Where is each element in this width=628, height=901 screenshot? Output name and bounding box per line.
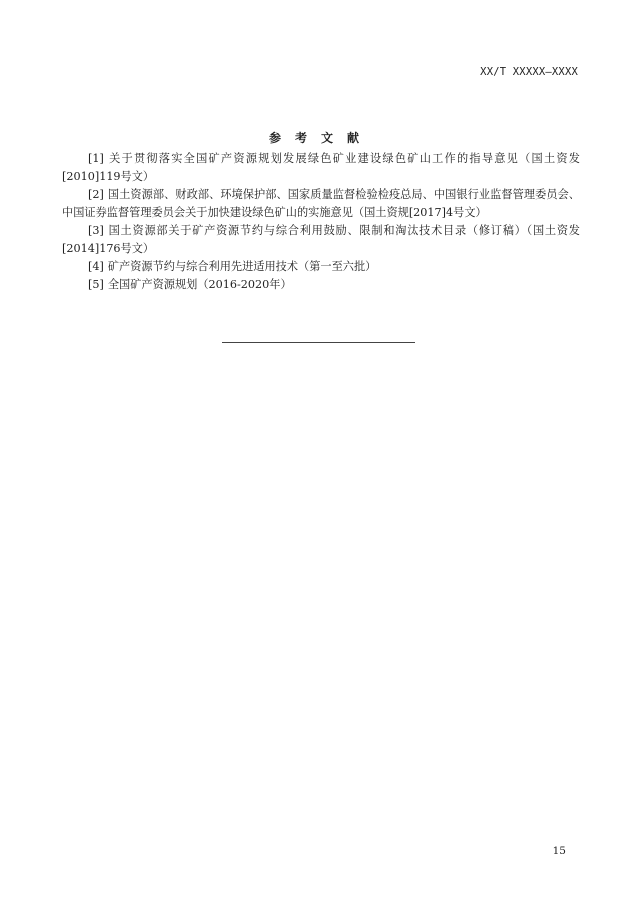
reference-text: 国土资源部关于矿产资源节约与综合利用鼓励、限制和淘汰技术目录（修订稿）（国土资发…: [62, 224, 580, 255]
reference-item-5: [5]全国矿产资源规划（2016-2020年）: [62, 276, 580, 294]
reference-item-1: [1]关于贯彻落实全国矿产资源规划发展绿色矿业建设绿色矿山工作的指导意见（国土资…: [62, 150, 580, 186]
reference-text: 全国矿产资源规划（2016-2020年）: [108, 278, 292, 291]
reference-number: [4]: [88, 260, 104, 273]
reference-text: 关于贯彻落实全国矿产资源规划发展绿色矿业建设绿色矿山工作的指导意见（国土资发[2…: [62, 152, 580, 183]
document-page: XX/T XXXXX—XXXX 参考文献 [1]关于贯彻落实全国矿产资源规划发展…: [0, 0, 628, 901]
reference-item-4: [4]矿产资源节约与综合利用先进适用技术（第一至六批）: [62, 258, 580, 276]
reference-number: [3]: [88, 224, 104, 237]
reference-number: [2]: [88, 188, 104, 201]
reference-item-3: [3]国土资源部关于矿产资源节约与综合利用鼓励、限制和淘汰技术目录（修订稿）（国…: [62, 222, 580, 258]
reference-text: 矿产资源节约与综合利用先进适用技术（第一至六批）: [108, 260, 377, 273]
page-number: 15: [553, 845, 566, 857]
reference-list: [1]关于贯彻落实全国矿产资源规划发展绿色矿业建设绿色矿山工作的指导意见（国土资…: [62, 150, 580, 294]
reference-number: [1]: [88, 152, 104, 165]
end-rule-divider: [222, 342, 415, 343]
reference-text: 国土资源部、财政部、环境保护部、国家质量监督检验检疫总局、中国银行业监督管理委员…: [62, 188, 580, 219]
reference-item-2: [2]国土资源部、财政部、环境保护部、国家质量监督检验检疫总局、中国银行业监督管…: [62, 186, 580, 222]
standard-code: XX/T XXXXX—XXXX: [480, 66, 578, 78]
section-title: 参考文献: [0, 129, 628, 146]
reference-number: [5]: [88, 278, 104, 291]
